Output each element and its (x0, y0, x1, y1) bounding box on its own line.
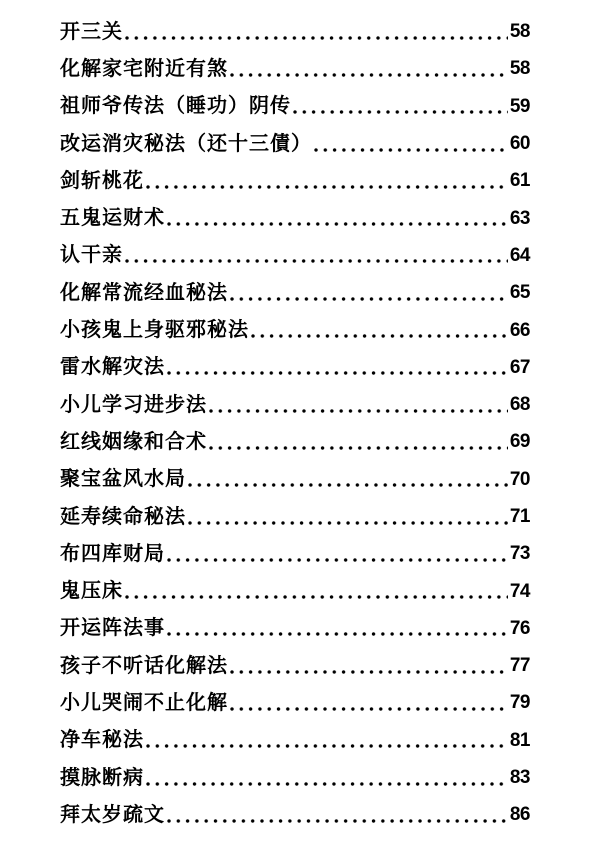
toc-dot-leader (209, 409, 508, 413)
toc-entry: 红线姻缘和合术 69 (60, 423, 530, 460)
toc-entry: 净车秘法 81 (60, 722, 530, 759)
toc-entry: 开运阵法事 76 (60, 610, 530, 647)
toc-entry: 化解常流经血秘法 65 (60, 274, 530, 311)
toc-entry-page: 76 (510, 619, 530, 638)
toc-entry-page: 74 (510, 582, 530, 601)
toc-entry-title: 拜太岁疏文 (60, 805, 165, 825)
toc-entry: 摸脉断病 83 (60, 759, 530, 796)
toc-list: 开三关 58 化解家宅附近有煞 58 祖师爷传法（睡功）阴传 59 改运消灾秘法… (0, 0, 614, 834)
toc-entry-title: 延寿续命秘法 (60, 507, 186, 527)
toc-entry-title: 净车秘法 (60, 730, 144, 750)
toc-entry-title: 小儿学习进步法 (60, 395, 207, 415)
toc-dot-leader (167, 371, 508, 375)
toc-dot-leader (146, 185, 508, 189)
toc-dot-leader (125, 36, 508, 40)
toc-entry: 祖师爷传法（睡功）阴传 59 (60, 88, 530, 125)
toc-entry-page: 60 (510, 134, 530, 153)
toc-dot-leader (188, 521, 508, 525)
toc-entry: 认干亲 64 (60, 237, 530, 274)
toc-entry: 延寿续命秘法 71 (60, 498, 530, 535)
toc-entry: 改运消灾秘法（还十三債） 60 (60, 125, 530, 162)
toc-dot-leader (293, 110, 508, 114)
toc-entry-page: 81 (510, 731, 530, 750)
toc-entry: 小孩鬼上身驱邪秘法 66 (60, 311, 530, 348)
toc-entry: 五鬼运财术 63 (60, 199, 530, 236)
toc-dot-leader (251, 334, 508, 338)
toc-entry: 小儿哭闹不止化解 79 (60, 684, 530, 721)
toc-entry-page: 61 (510, 171, 530, 190)
toc-entry-page: 79 (510, 693, 530, 712)
toc-entry: 开三关 58 (60, 13, 530, 50)
toc-entry: 布四库财局 73 (60, 535, 530, 572)
toc-dot-leader (146, 744, 508, 748)
toc-entry-page: 63 (510, 209, 530, 228)
toc-dot-leader (167, 222, 508, 226)
toc-entry-title: 改运消灾秘法（还十三債） (60, 134, 312, 154)
toc-entry: 剑斩桃花 61 (60, 162, 530, 199)
toc-dot-leader (125, 259, 508, 263)
toc-dot-leader (167, 819, 508, 823)
toc-entry-title: 五鬼运财术 (60, 208, 165, 228)
toc-entry-title: 摸脉断病 (60, 768, 144, 788)
toc-entry-page: 73 (510, 544, 530, 563)
toc-entry: 雷水解灾法 67 (60, 349, 530, 386)
toc-entry: 鬼压床 74 (60, 572, 530, 609)
toc-entry-title: 化解家宅附近有煞 (60, 59, 228, 79)
toc-entry-page: 70 (510, 470, 530, 489)
toc-entry: 聚宝盆风水局 70 (60, 461, 530, 498)
toc-entry-title: 孩子不听话化解法 (60, 656, 228, 676)
toc-dot-leader (167, 558, 508, 562)
toc-dot-leader (125, 595, 508, 599)
toc-dot-leader (230, 707, 508, 711)
toc-dot-leader (230, 670, 508, 674)
toc-entry-title: 红线姻缘和合术 (60, 432, 207, 452)
toc-entry-page: 86 (510, 805, 530, 824)
toc-dot-leader (209, 446, 508, 450)
toc-entry-page: 71 (510, 507, 530, 526)
toc-entry-title: 祖师爷传法（睡功）阴传 (60, 96, 291, 116)
toc-dot-leader (167, 632, 508, 636)
toc-entry-title: 剑斩桃花 (60, 171, 144, 191)
toc-entry-page: 59 (510, 97, 530, 116)
toc-entry-page: 66 (510, 321, 530, 340)
toc-entry: 拜太岁疏文 86 (60, 796, 530, 833)
toc-dot-leader (230, 73, 508, 77)
toc-dot-leader (230, 297, 508, 301)
toc-entry-page: 68 (510, 395, 530, 414)
toc-dot-leader (188, 483, 508, 487)
toc-entry: 孩子不听话化解法 77 (60, 647, 530, 684)
toc-entry-page: 77 (510, 656, 530, 675)
toc-entry: 小儿学习进步法 68 (60, 386, 530, 423)
toc-entry-title: 开运阵法事 (60, 618, 165, 638)
toc-entry-title: 聚宝盆风水局 (60, 469, 186, 489)
toc-entry-title: 化解常流经血秘法 (60, 283, 228, 303)
toc-entry-page: 67 (510, 358, 530, 377)
toc-entry: 化解家宅附近有煞 58 (60, 50, 530, 87)
toc-entry-page: 65 (510, 283, 530, 302)
toc-entry-title: 布四库财局 (60, 544, 165, 564)
toc-entry-page: 64 (510, 246, 530, 265)
toc-entry-title: 小孩鬼上身驱邪秘法 (60, 320, 249, 340)
toc-entry-title: 认干亲 (60, 245, 123, 265)
toc-entry-title: 开三关 (60, 22, 123, 42)
toc-entry-title: 雷水解灾法 (60, 357, 165, 377)
toc-entry-page: 83 (510, 768, 530, 787)
toc-dot-leader (314, 148, 508, 152)
toc-entry-page: 69 (510, 432, 530, 451)
toc-entry-page: 58 (510, 59, 530, 78)
toc-entry-page: 58 (510, 22, 530, 41)
toc-entry-title: 鬼压床 (60, 581, 123, 601)
document-page: 开三关 58 化解家宅附近有煞 58 祖师爷传法（睡功）阴传 59 改运消灾秘法… (0, 0, 614, 854)
toc-entry-title: 小儿哭闹不止化解 (60, 693, 228, 713)
toc-dot-leader (146, 782, 508, 786)
